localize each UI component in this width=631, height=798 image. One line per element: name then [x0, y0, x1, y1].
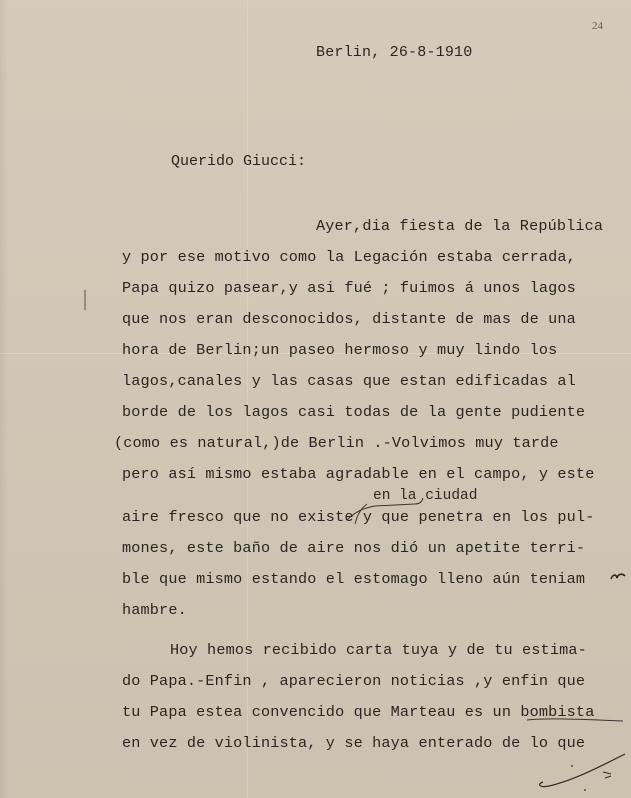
- body-line: pero así mismo estaba agradable en el ca…: [122, 465, 594, 483]
- body-line: do Papa.-Enfin , aparecieron noticias ,y…: [122, 672, 585, 690]
- letter-page: 24 Berlin, 26-8-1910 Querido Giucci: Aye…: [0, 0, 631, 798]
- body-line: (como es natural,)de Berlin .-Volvimos m…: [114, 434, 559, 452]
- body-line: tu Papa estea convencido que Marteau es …: [122, 703, 594, 721]
- handwritten-underline: [526, 717, 624, 723]
- body-line: lagos,canales y las casas que estan edif…: [122, 372, 576, 390]
- margin-tick: [84, 290, 86, 310]
- body-line: y por ese motivo como la Legación estaba…: [122, 248, 576, 266]
- body-line: borde de los lagos casi todas de la gent…: [122, 403, 585, 421]
- body-line: hora de Berlin;un paseo hermoso y muy li…: [122, 341, 557, 359]
- body-line: ble que mismo estando el estomago lleno …: [122, 570, 585, 588]
- body-line: Papa quizo pasear,y asi fué ; fuimos á u…: [122, 279, 576, 297]
- dateline: Berlin, 26-8-1910: [316, 44, 472, 61]
- body-line: que nos eran desconocidos, distante de m…: [122, 310, 576, 328]
- body-line: aire fresco que no existe y que penetra …: [122, 508, 594, 526]
- body-line: hambre.: [122, 601, 187, 619]
- page-number: 24: [592, 20, 603, 32]
- body-line: en vez de violinista, y se haya enterado…: [122, 734, 585, 752]
- handwritten-os-mark: [610, 572, 626, 582]
- body-line: Ayer,dia fiesta de la República: [316, 217, 603, 235]
- body-line: mones, este baño de aire nos dió un apet…: [122, 539, 585, 557]
- body-line: Hoy hemos recibido carta tuya y de tu es…: [170, 641, 587, 659]
- handwritten-corner-mark: [535, 752, 630, 792]
- salutation: Querido Giucci:: [171, 153, 306, 170]
